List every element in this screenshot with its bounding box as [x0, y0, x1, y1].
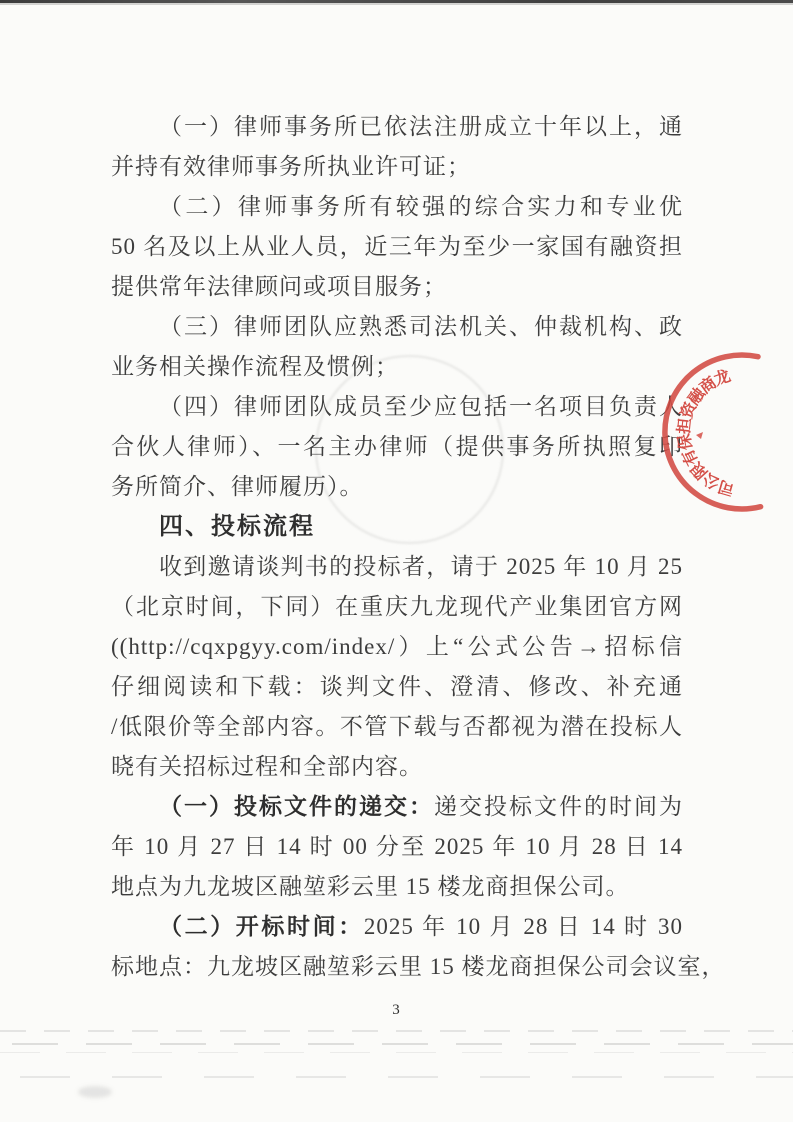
text-run: ((http://cqxpgyy.com/index/）上“公式公告→招标信息”… — [111, 634, 683, 667]
seal-character: 商 — [696, 373, 720, 398]
seal-character: 限 — [686, 458, 711, 483]
text-run: （二）开标时间： — [159, 914, 364, 939]
document-body: （一）律师事务所已依法注册成立十年以上，通过年检并持有效律师事务所执业许可证；（… — [111, 107, 683, 987]
text-line: 标地点：九龙坡区融堃彩云里 15 楼龙商担保公司会议室， — [111, 947, 683, 987]
section-heading: 四、投标流程 — [111, 507, 683, 547]
text-line: 收到邀请谈判书的投标者，请于 2025 年 10 月 25 日起 — [111, 547, 683, 587]
text-run: （三）律师团队应熟悉司法机关、仲裁机构、政府机构 — [159, 314, 683, 347]
text-line: 晓有关招标过程和全部内容。 — [111, 747, 683, 787]
text-run: 标地点：九龙坡区融堃彩云里 15 楼龙商担保公司会议室， — [111, 954, 726, 979]
text-line: （二）开标时间：2025 年 10 月 28 日 14 时 30 分，评 — [111, 907, 683, 947]
text-line: 合伙人律师）、一名主办律师（提供事务所执照复印件、事 — [111, 427, 683, 467]
scan-smudge — [78, 1086, 112, 1098]
text-run: （一）律师事务所已依法注册成立十年以上，通过年检 — [159, 114, 683, 147]
text-line: 地点为九龙坡区融堃彩云里 15 楼龙商担保公司。 — [111, 867, 683, 907]
text-line: 业务相关操作流程及惯例； — [111, 347, 683, 387]
text-line: （四）律师团队成员至少应包括一名项目负责人（高级 — [111, 387, 683, 427]
scan-edge-shadow — [0, 3, 793, 5]
seal-text-arc: 龙商融资担保有限公司 — [674, 367, 736, 499]
scanned-page: （一）律师事务所已依法注册成立十年以上，通过年检并持有效律师事务所执业许可证；（… — [0, 0, 793, 1122]
text-run: 50 名及以上从业人员，近三年为至少一家国有融资担保机构 — [111, 234, 683, 267]
text-line: 仔细阅读和下载：谈判文件、澄清、修改、补充通知、最高 — [111, 667, 683, 707]
text-line: /低限价等全部内容。不管下载与否都视为潜在投标人全部知 — [111, 707, 683, 747]
text-run: （四）律师团队成员至少应包括一名项目负责人（高级 — [159, 394, 683, 427]
text-run: （二）律师事务所有较强的综合实力和专业优势，拥有 — [159, 194, 683, 227]
text-run: 提供常年法律顾问或项目服务； — [111, 274, 447, 299]
scan-noise-streak — [0, 1030, 793, 1032]
text-line: （一）律师事务所已依法注册成立十年以上，通过年检 — [111, 107, 683, 147]
text-line: ((http://cqxpgyy.com/index/）上“公式公告→招标信息”… — [111, 627, 683, 667]
text-run: 地点为九龙坡区融堃彩云里 15 楼龙商担保公司。 — [111, 874, 630, 899]
seal-character: 公 — [699, 468, 723, 492]
seal-character: 司 — [716, 476, 737, 499]
seal-character: 龙 — [712, 367, 733, 389]
text-run: （北京时间，下同）在重庆九龙现代产业集团官方网站 — [111, 594, 683, 627]
seal-star-tip — [696, 432, 703, 439]
text-line: （一）投标文件的递交：递交投标文件的时间为 2025 — [111, 787, 683, 827]
text-run: /低限价等全部内容。不管下载与否都视为潜在投标人全部知 — [111, 714, 683, 747]
text-run: （一）投标文件的递交： — [159, 794, 434, 819]
text-line: 年 10 月 27 日 14 时 00 分至 2025 年 10 月 28 日 … — [111, 827, 683, 867]
text-run: 合伙人律师）、一名主办律师（提供事务所执照复印件、事 — [111, 434, 683, 467]
text-line: 提供常年法律顾问或项目服务； — [111, 267, 683, 307]
text-line: 并持有效律师事务所执业许可证； — [111, 147, 683, 187]
scan-noise-streak — [0, 1076, 793, 1078]
text-run: 四、投标流程 — [159, 513, 315, 540]
seal-character: 融 — [685, 384, 710, 408]
text-run: 收到邀请谈判书的投标者，请于 2025 年 10 月 25 日起 — [159, 554, 683, 587]
text-run: 晓有关招标过程和全部内容。 — [111, 754, 423, 779]
text-run: 业务相关操作流程及惯例； — [111, 354, 399, 379]
page-number: 3 — [0, 1002, 793, 1024]
text-line: 50 名及以上从业人员，近三年为至少一家国有融资担保机构 — [111, 227, 683, 267]
text-line: （北京时间，下同）在重庆九龙现代产业集团官方网站 — [111, 587, 683, 627]
text-run: 年 10 月 27 日 14 时 00 分至 2025 年 10 月 28 日 … — [111, 834, 683, 867]
scan-noise-streak — [0, 1043, 793, 1045]
text-line: （二）律师事务所有较强的综合实力和专业优势，拥有 — [111, 187, 683, 227]
text-line: （三）律师团队应熟悉司法机关、仲裁机构、政府机构 — [111, 307, 683, 347]
text-run: 仔细阅读和下载：谈判文件、澄清、修改、补充通知、最高 — [111, 674, 683, 707]
text-line: 务所简介、律师履历）。 — [111, 467, 683, 507]
text-run: 务所简介、律师履历）。 — [111, 474, 364, 499]
text-run: 并持有效律师事务所执业许可证； — [111, 154, 471, 179]
scan-noise-streak — [0, 1052, 793, 1053]
